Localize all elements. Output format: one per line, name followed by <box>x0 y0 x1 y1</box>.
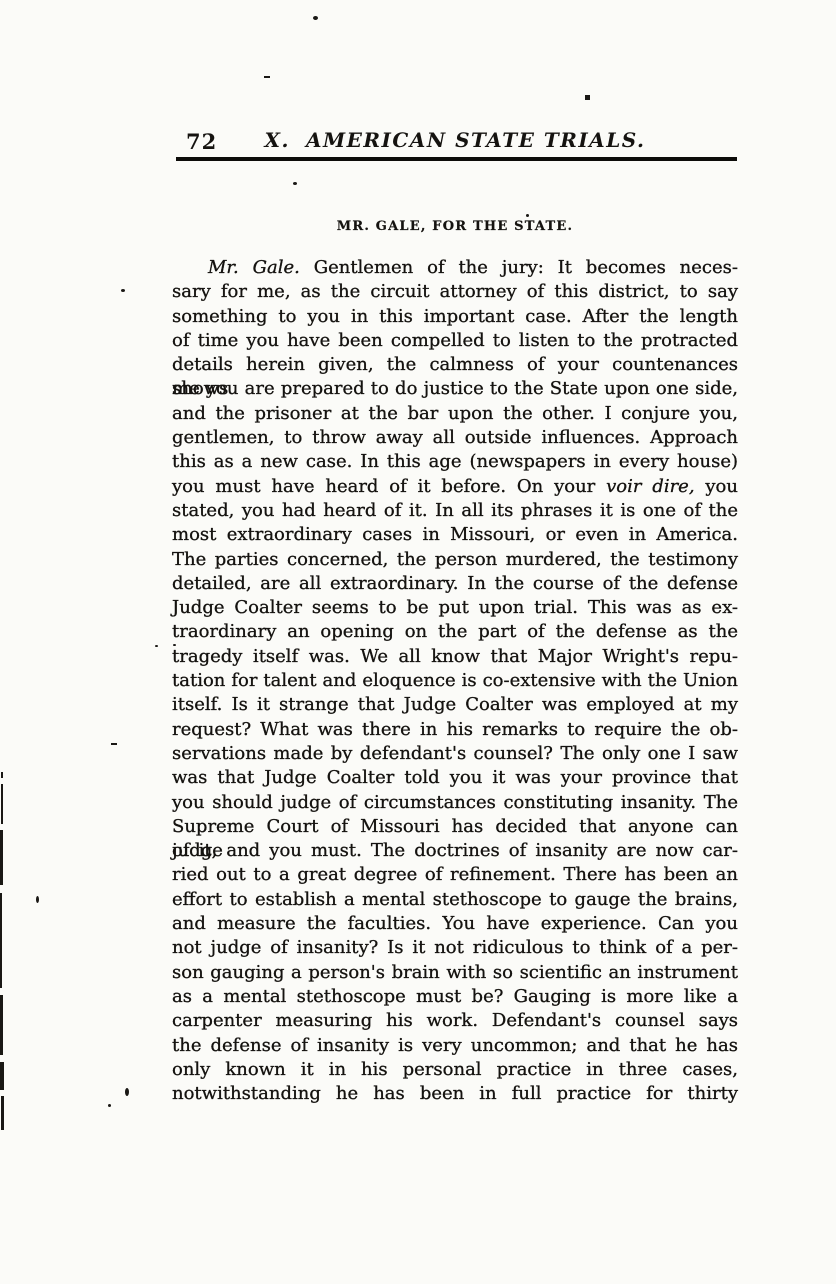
text-segment: effort to establish a mental stethoscope… <box>172 889 738 910</box>
header-rule <box>176 157 737 161</box>
text-line: The parties concerned, the person murder… <box>172 548 738 572</box>
text-segment: something to you in this important case.… <box>172 306 738 327</box>
running-header-chapter: X. <box>265 128 290 152</box>
text-segment: of it, and you must. The doctrines of in… <box>172 840 738 861</box>
text-line: notwithstanding he has been in full prac… <box>172 1082 738 1106</box>
text-segment: as a mental stethoscope must be? Gauging… <box>172 986 738 1007</box>
text-segment: Judge Coalter seems to be put upon trial… <box>172 597 738 618</box>
text-line: Supreme Court of Missouri has decided th… <box>172 815 738 839</box>
text-segment: not judge of insanity? Is it not ridicul… <box>172 937 738 958</box>
text-line: details herein given, the calmness of yo… <box>172 353 738 377</box>
italic-text-segment: Mr. Gale. <box>208 257 300 278</box>
text-line: son gauging a person's brain with so sci… <box>172 961 738 985</box>
running-header-title: AMERICAN STATE TRIALS. <box>306 128 645 152</box>
scan-speck <box>293 182 297 185</box>
text-line: request? What was there in his remarks t… <box>172 718 738 742</box>
text-line: servations made by defendant's counsel? … <box>172 742 738 766</box>
text-segment: itself. Is it strange that Judge Coalter… <box>172 694 738 715</box>
text-segment: ried out to a great degree of refinement… <box>172 864 738 885</box>
scan-speck <box>125 1088 129 1096</box>
text-line: detailed, are all extraordinary. In the … <box>172 572 738 596</box>
text-segment: request? What was there in his remarks t… <box>172 719 738 740</box>
text-line: carpenter measuring his work. Defendant'… <box>172 1009 738 1033</box>
text-line: only known it in his personal practice i… <box>172 1058 738 1082</box>
body-text: Mr. Gale. Gentlemen of the jury: It beco… <box>172 256 738 1106</box>
text-line: the defense of insanity is very uncommon… <box>172 1034 738 1058</box>
italic-text-segment: voir dire, <box>606 476 694 497</box>
text-segment: detailed, are all extraordinary. In the … <box>172 573 738 594</box>
scan-speck <box>36 896 39 903</box>
scan-speck <box>1 1096 4 1130</box>
text-segment: carpenter measuring his work. Defendant'… <box>172 1010 738 1031</box>
text-segment: gentlemen, to throw away all outside inf… <box>172 427 738 448</box>
text-line: of it, and you must. The doctrines of in… <box>172 839 738 863</box>
scan-speck <box>1 772 3 778</box>
text-segment: tation for talent and eloquence is co-ex… <box>172 670 738 691</box>
scanned-book-page: 72 X.AMERICAN STATE TRIALS. MR. GALE, FO… <box>0 0 836 1284</box>
text-segment: son gauging a person's brain with so sci… <box>172 962 738 983</box>
text-line: tragedy itself was. We all know that Maj… <box>172 645 738 669</box>
text-line: traordinary an opening on the part of th… <box>172 620 738 644</box>
scan-speck <box>0 995 3 1055</box>
text-segment: only known it in his personal practice i… <box>172 1059 738 1080</box>
text-segment: The parties concerned, the person murder… <box>172 549 738 570</box>
scan-speck <box>585 95 590 100</box>
text-line: and measure the faculties. You have expe… <box>172 912 738 936</box>
text-line: effort to establish a mental stethoscope… <box>172 888 738 912</box>
text-segment: you <box>695 476 738 497</box>
text-line: most extraordinary cases in Missouri, or… <box>172 523 738 547</box>
text-line: you should judge of circumstances consti… <box>172 791 738 815</box>
text-line: sary for me, as the circuit attorney of … <box>172 280 738 304</box>
scan-speck <box>108 1104 111 1107</box>
text-line: of time you have been compelled to liste… <box>172 329 738 353</box>
text-segment: servations made by defendant's counsel? … <box>172 743 738 764</box>
text-segment: sary for me, as the circuit attorney of … <box>172 281 738 302</box>
scan-speck <box>313 16 318 20</box>
scan-speck <box>264 76 270 78</box>
text-line: and the prisoner at the bar upon the oth… <box>172 402 738 426</box>
text-segment: traordinary an opening on the part of th… <box>172 621 738 642</box>
text-segment: notwithstanding he has been in full prac… <box>172 1083 738 1104</box>
text-segment: most extraordinary cases in Missouri, or… <box>172 524 738 545</box>
text-segment: stated, you had heard of it. In all its … <box>172 500 738 521</box>
text-segment: of time you have been compelled to liste… <box>172 330 738 351</box>
text-line: Mr. Gale. Gentlemen of the jury: It beco… <box>172 256 738 280</box>
text-segment: tragedy itself was. We all know that Maj… <box>172 646 738 667</box>
text-segment: you must have heard of it before. On you… <box>172 476 606 497</box>
text-line: something to you in this important case.… <box>172 305 738 329</box>
text-line: not judge of insanity? Is it not ridicul… <box>172 936 738 960</box>
text-line: tation for talent and eloquence is co-ex… <box>172 669 738 693</box>
text-line: you must have heard of it before. On you… <box>172 475 738 499</box>
text-line: ried out to a great degree of refinement… <box>172 863 738 887</box>
text-line: me you are prepared to do justice to the… <box>172 377 738 401</box>
text-line: Judge Coalter seems to be put upon trial… <box>172 596 738 620</box>
text-line: itself. Is it strange that Judge Coalter… <box>172 693 738 717</box>
text-line: stated, you had heard of it. In all its … <box>172 499 738 523</box>
text-line: this as a new case. In this age (newspap… <box>172 450 738 474</box>
text-segment: was that Judge Coalter told you it was y… <box>172 767 738 788</box>
text-segment: this as a new case. In this age (newspap… <box>172 451 738 472</box>
text-segment: and the prisoner at the bar upon the oth… <box>172 403 738 424</box>
text-segment: you should judge of circumstances consti… <box>172 792 738 813</box>
scan-speck <box>173 644 176 646</box>
scan-speck <box>111 743 117 745</box>
scan-speck <box>0 830 3 885</box>
scan-speck <box>0 1062 4 1090</box>
text-line: was that Judge Coalter told you it was y… <box>172 766 738 790</box>
text-line: gentlemen, to throw away all outside inf… <box>172 426 738 450</box>
text-segment: the defense of insanity is very uncommon… <box>172 1035 738 1056</box>
text-segment: Gentlemen of the jury: It becomes neces- <box>300 257 738 278</box>
section-heading: MR. GALE, FOR THE STATE. <box>172 219 738 234</box>
scan-speck <box>526 214 529 217</box>
text-line: as a mental stethoscope must be? Gauging… <box>172 985 738 1009</box>
scan-speck <box>1 784 3 824</box>
text-segment: and measure the faculties. You have expe… <box>172 913 738 934</box>
scan-speck <box>121 289 125 292</box>
text-segment: me you are prepared to do justice to the… <box>172 378 738 399</box>
running-header: X.AMERICAN STATE TRIALS. <box>172 128 738 152</box>
scan-speck <box>155 645 158 647</box>
scan-speck <box>0 893 2 988</box>
